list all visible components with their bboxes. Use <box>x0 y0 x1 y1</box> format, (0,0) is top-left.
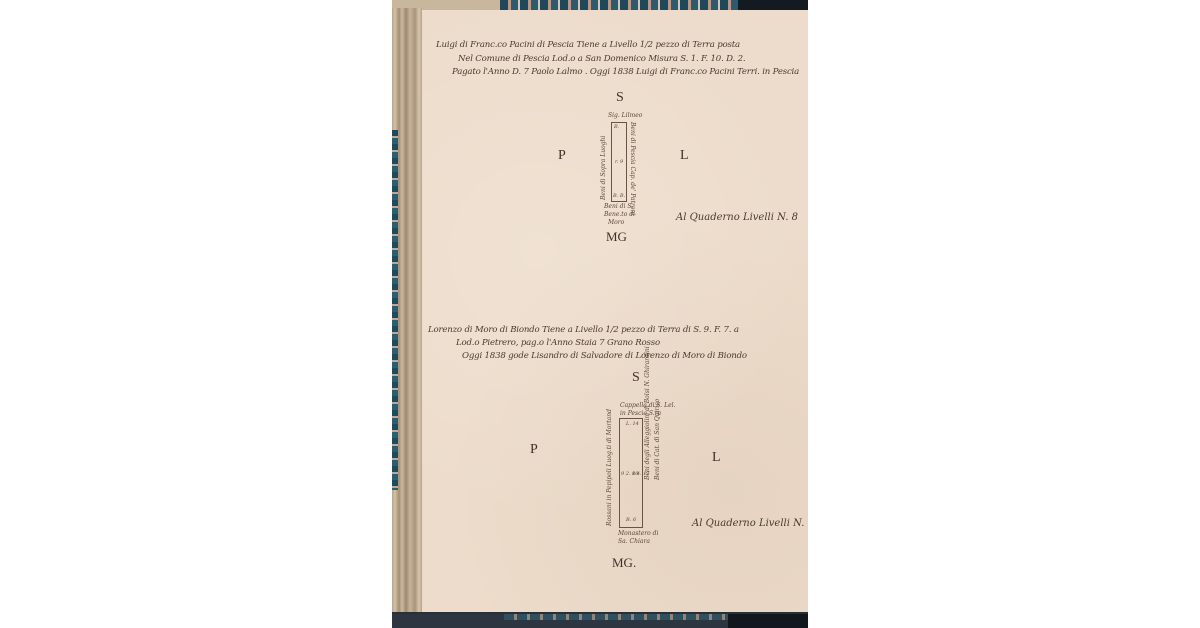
plot2-bottom-line1: Monastero di <box>618 530 658 537</box>
marbled-endpaper-side <box>392 130 398 490</box>
plot1-right-label: Beni di Pescia Cap. de' Patroni <box>629 122 636 215</box>
plot2-right-label: Beni degli Alleggiolini di Bolsi N. Ghir… <box>644 346 651 480</box>
binding-bottom-edge <box>392 614 808 628</box>
compass-north-label: S <box>616 90 624 106</box>
entry1-header-line1: Luigi di Franc.co Pacini di Pescia Tiene… <box>436 40 740 50</box>
entry2-register-reference: Al Quaderno Livelli N. 9 <box>692 518 808 529</box>
entry2-header-line2: Lod.o Pietrero, pag.o l'Anno Staia 7 Gra… <box>456 338 660 348</box>
background-corner <box>728 614 808 628</box>
plot1-top-label: Sig. Lilmeo <box>608 112 642 119</box>
plot1-bottom-line2: Bene.to di <box>604 211 635 218</box>
plot1-bottom-line3: Moro <box>608 219 624 226</box>
manuscript-scan: Luigi di Franc.co Pacini di Pescia Tiene… <box>392 0 808 628</box>
plot2-inner-bottom: B. 6 <box>626 517 636 523</box>
plot1-inner-mid: r. 9 <box>615 159 623 165</box>
compass-west-label: P <box>530 442 538 458</box>
marbled-endpaper-bottom <box>504 614 734 620</box>
plot2-left-label: Rossani in Pepipoli Luog.ti di Mortand <box>606 409 613 526</box>
plot1-inner-top: B. <box>614 124 619 130</box>
compass-north-label: S <box>632 370 640 386</box>
plot1-inner-bottom: B. B. <box>613 193 625 199</box>
plot2-bottom-line2: Sa. Chiara <box>618 538 650 545</box>
compass-west-label: P <box>558 148 566 164</box>
entry2-header-line3: Oggi 1838 gode Lisandro di Salvadore di … <box>462 351 747 361</box>
compass-east-label: L <box>680 148 689 164</box>
plot2-right-label-2: Beni di Cat. di San Quirico <box>654 399 661 480</box>
entry1-header-line2: Nel Comune di Pescia Lod.o a San Domenic… <box>458 54 745 64</box>
plot2-inner-top: L. 14 <box>626 421 639 427</box>
plot1-bottom-line1: Beni di S. <box>604 203 633 210</box>
plot1-left-label: Beni di Sopra Luoghi <box>600 136 607 200</box>
entry2-header-line1: Lorenzo di Moro di Biondo Tiene a Livell… <box>428 325 739 335</box>
plot1-parcel-rectangle: B. r. 9 B. B. <box>611 122 627 202</box>
entry1-register-reference: Al Quaderno Livelli N. 8 <box>676 212 798 223</box>
entry1-header-line3: Pagato l'Anno D. 7 Paolo Lalmo . Oggi 18… <box>452 67 799 77</box>
manuscript-page: Luigi di Franc.co Pacini di Pescia Tiene… <box>422 10 808 612</box>
compass-east-label: L <box>712 450 721 466</box>
compass-south-label: MG <box>606 229 627 245</box>
compass-south-label: MG. <box>612 555 636 571</box>
plot2-parcel-rectangle: L. 14 9 2. 10 8 4. 17 B. 6 <box>619 418 643 528</box>
